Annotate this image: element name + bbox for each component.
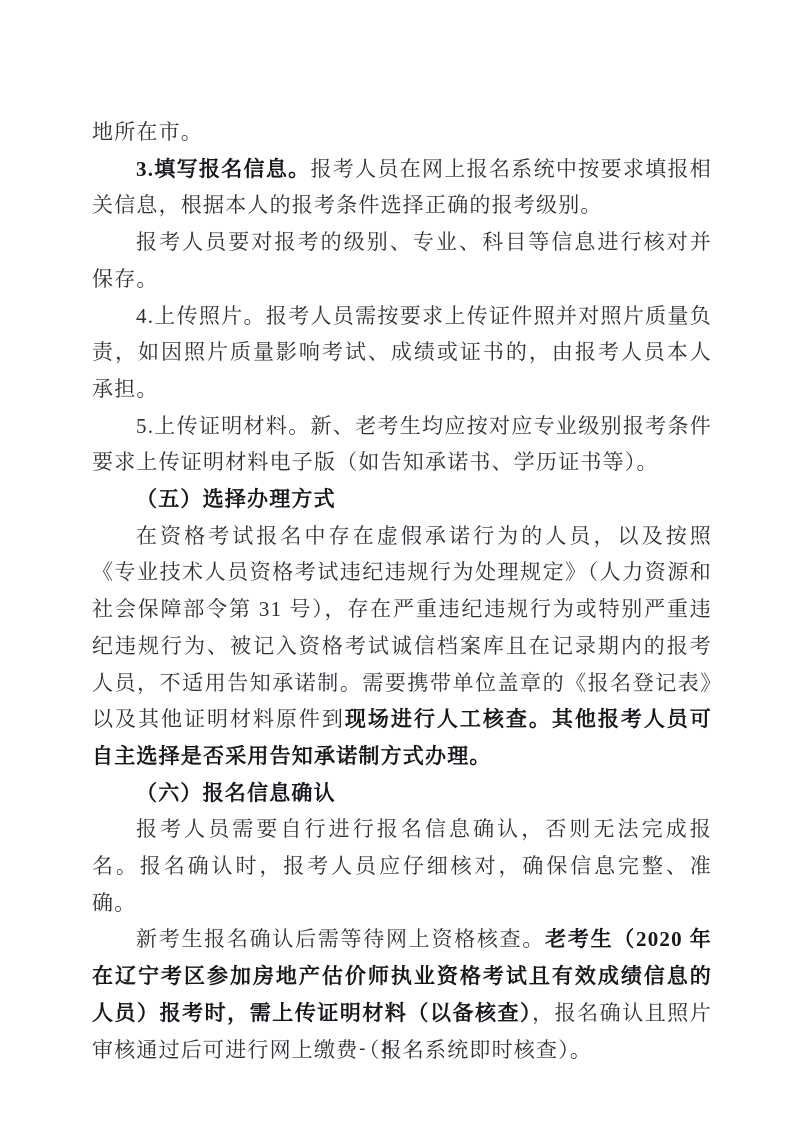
text-run-bold: （五）选择办理方式 [136, 487, 336, 511]
paragraph: 3.填写报名信息。报考人员在网上报名系统中按要求填报相关信息，根据本人的报考条件… [92, 151, 712, 224]
text-run-bold: 3.填写报名信息。 [136, 157, 310, 181]
text-run: 报考人员要对报考的级别、专业、科目等信息进行核对并保存。 [92, 230, 712, 291]
paragraph: 地所在市。 [92, 114, 712, 151]
text-run: 5.上传证明材料。新、老考生均应按对应专业级别报考条件要求上传证明材料电子版（如… [92, 414, 712, 475]
text-run: 4.上传照片。报考人员需按要求上传证件照并对照片质量负责，如因照片质量影响考试、… [92, 304, 712, 401]
paragraph: 报考人员需要自行进行报名信息确认，否则无法完成报名。报名确认时，报考人员应仔细核… [92, 811, 712, 921]
document-page: 地所在市。3.填写报名信息。报考人员在网上报名系统中按要求填报相关信息，根据本人… [0, 0, 800, 1130]
text-run: 新考生报名确认后需等待网上资格核查。 [136, 927, 545, 951]
paragraph: 在资格考试报名中存在虚假承诺行为的人员，以及按照《专业技术人员资格考试违纪违规行… [92, 518, 712, 775]
text-run: 在资格考试报名中存在虚假承诺行为的人员，以及按照《专业技术人员资格考试违纪违规行… [92, 524, 712, 732]
paragraph: 报考人员要对报考的级别、专业、科目等信息进行核对并保存。 [92, 224, 712, 297]
text-run: 报考人员需要自行进行报名信息确认，否则无法完成报名。报名确认时，报考人员应仔细核… [92, 817, 712, 914]
paragraph: （五）选择办理方式 [92, 481, 712, 518]
text-run: 地所在市。 [92, 120, 203, 144]
text-run-bold: （六）报名信息确认 [136, 781, 336, 805]
document-body: 地所在市。3.填写报名信息。报考人员在网上报名系统中按要求填报相关信息，根据本人… [92, 114, 712, 1068]
paragraph: 4.上传照片。报考人员需按要求上传证件照并对照片质量负责，如因照片质量影响考试、… [92, 298, 712, 408]
paragraph: （六）报名信息确认 [92, 775, 712, 812]
page-number: - 8 - [0, 1038, 780, 1060]
paragraph: 5.上传证明材料。新、老考生均应按对应专业级别报考条件要求上传证明材料电子版（如… [92, 408, 712, 481]
